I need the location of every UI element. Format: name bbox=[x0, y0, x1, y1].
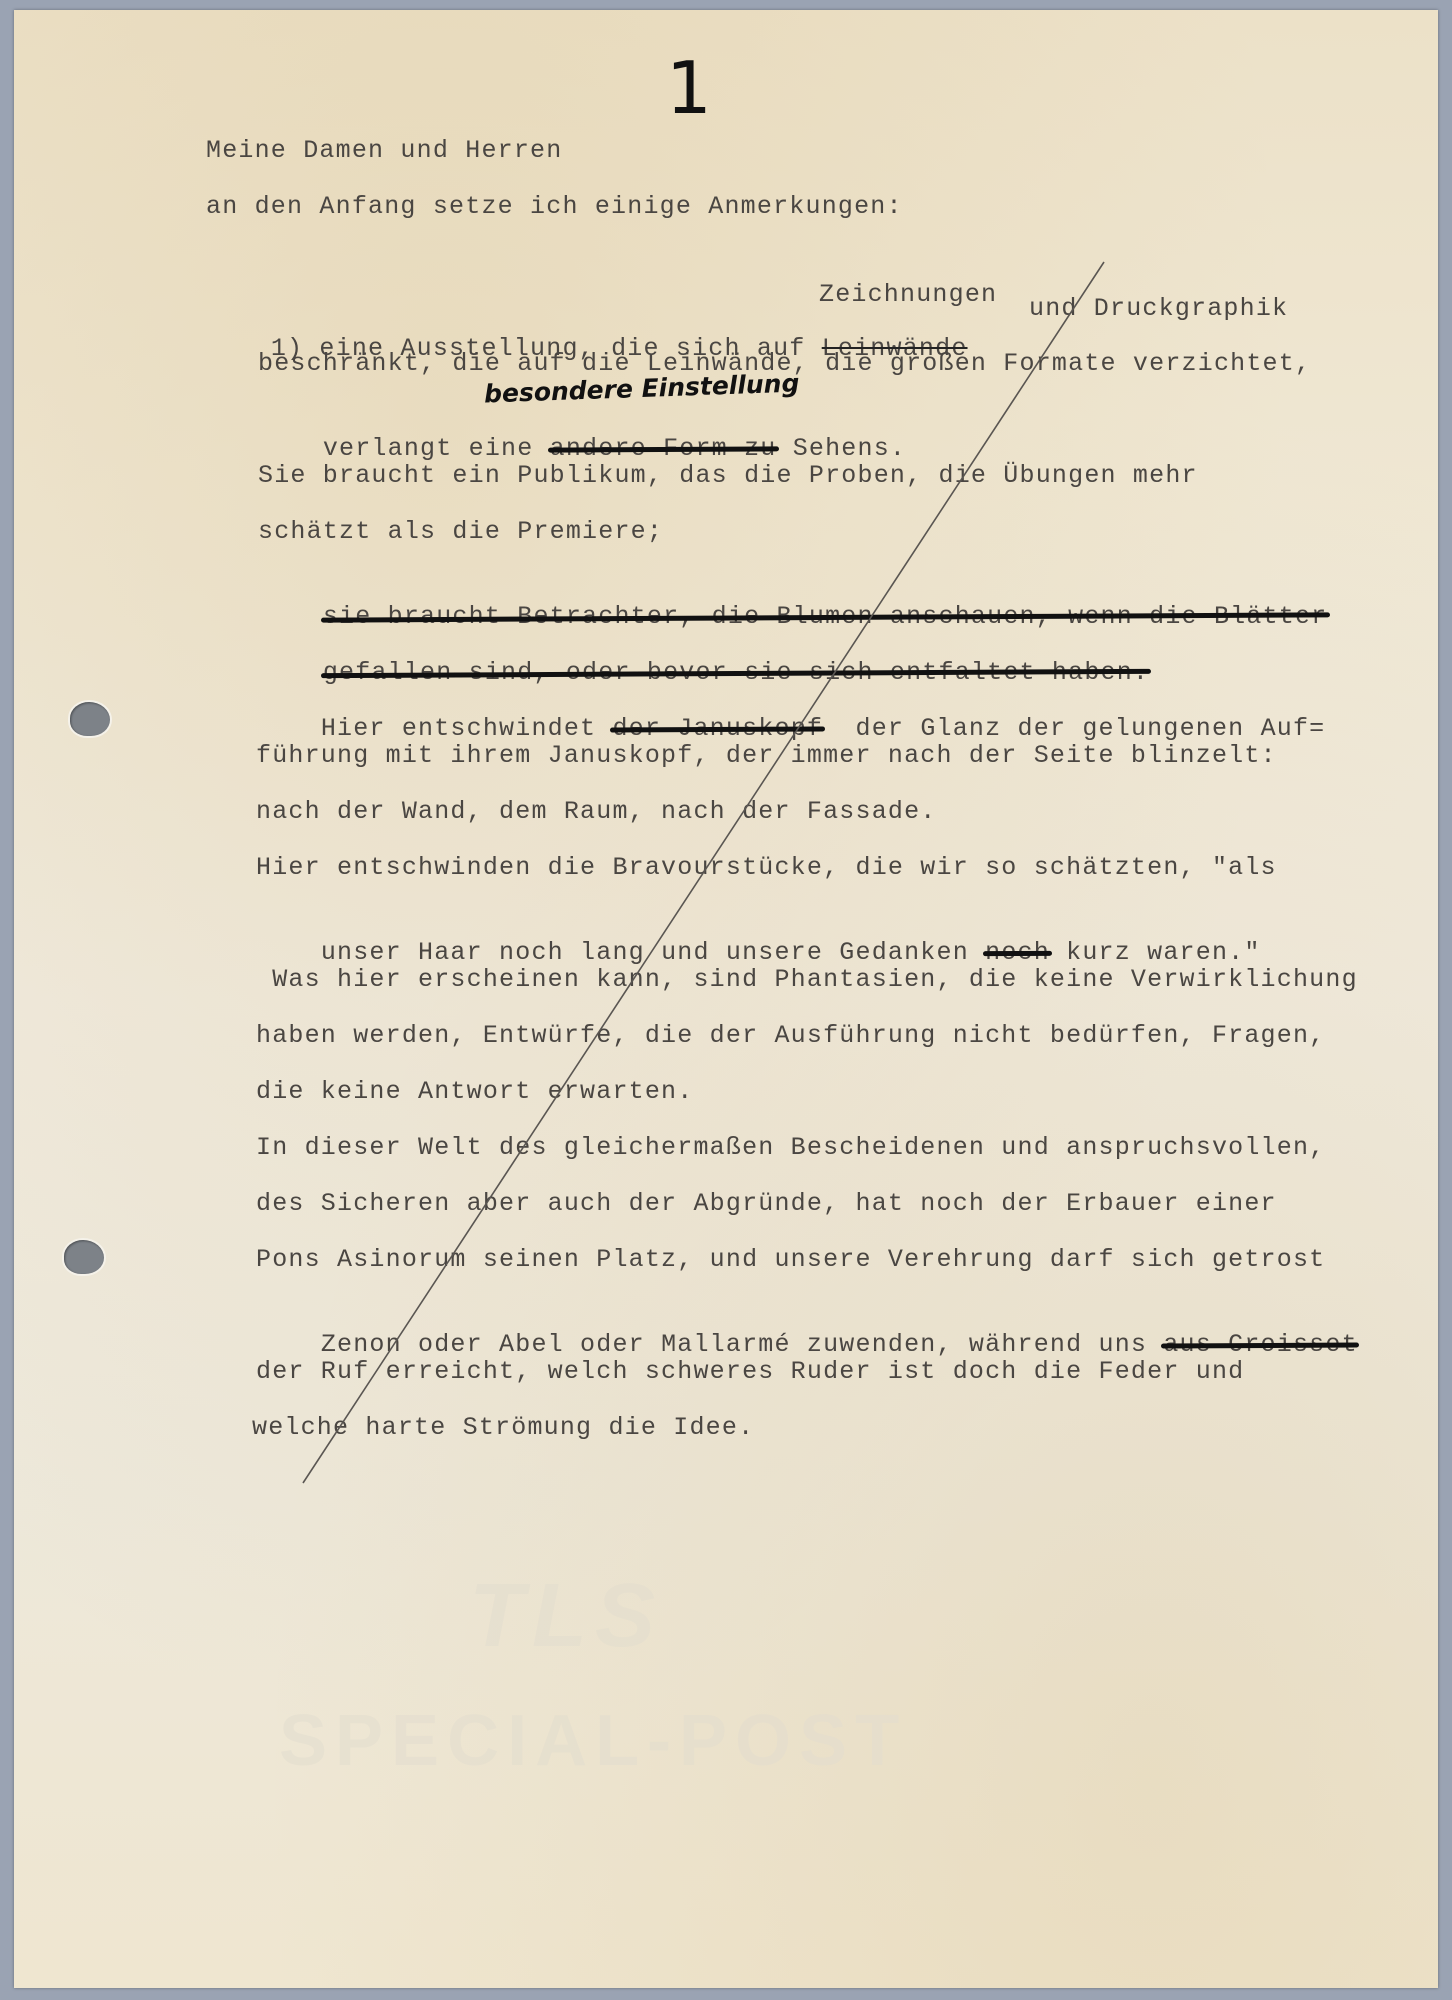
pencil-diagonal-line bbox=[14, 10, 1438, 1988]
typewritten-page: 1 Meine Damen und Herren an den Anfang s… bbox=[14, 10, 1438, 1988]
